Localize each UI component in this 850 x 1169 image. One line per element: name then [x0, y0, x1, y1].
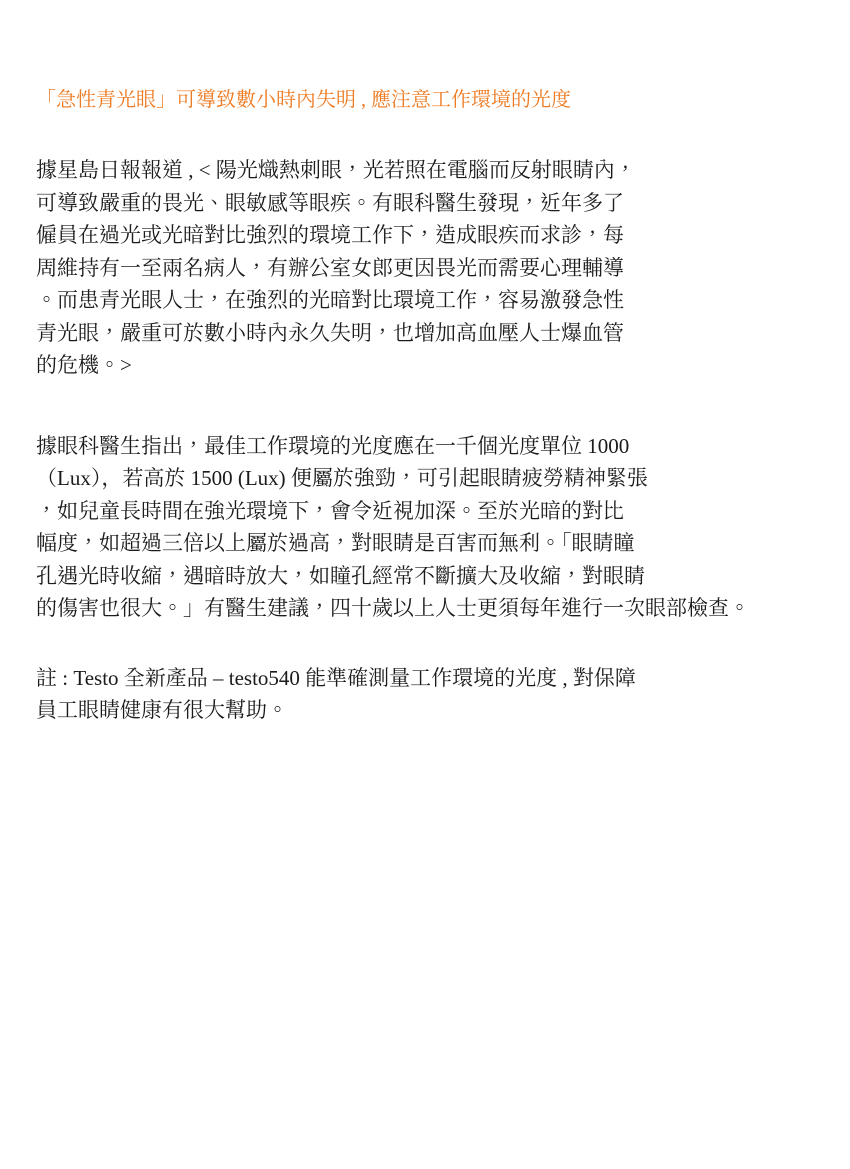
paragraph-doctor-advice: 據眼科醫生指出，最佳工作環境的光度應在一千個光度單位 1000 （Lux），若高… [36, 430, 810, 625]
text-line: 的危機。> [36, 349, 810, 382]
text-line: 周維持有一至兩名病人，有辦公室女郎更因畏光而需要心理輔導 [36, 252, 810, 285]
text-line: 。而患青光眼人士，在強烈的光暗對比環境工作，容易激發急性 [36, 284, 810, 317]
text-line: 青光眼，嚴重可於數小時內永久失明，也增加高血壓人士爆血管 [36, 317, 810, 350]
article-title: 「急性青光眼」可導致數小時內失明 , 應注意工作環境的光度 [36, 84, 810, 116]
document-page: 「急性青光眼」可導致數小時內失明 , 應注意工作環境的光度 據星島日報報道 , … [0, 0, 850, 1169]
text-line: 幅度，如超過三倍以上屬於過高，對眼睛是百害而無利。「眼睛瞳 [36, 527, 810, 560]
paragraph-product-note: 註 : Testo 全新產品 – testo540 能準確測量工作環境的光度 ,… [36, 662, 810, 727]
text-line: 據星島日報報道 , < 陽光熾熱刺眼，光若照在電腦而反射眼睛內， [36, 154, 810, 187]
text-line: 孔遇光時收縮，遇暗時放大，如瞳孔經常不斷擴大及收縮，對眼睛 [36, 560, 810, 593]
text-line: 僱員在過光或光暗對比強烈的環境工作下，造成眼疾而求診，每 [36, 219, 810, 252]
text-line: ，如兒童長時間在強光環境下，會令近視加深。至於光暗的對比 [36, 495, 810, 528]
text-line: 的傷害也很大。」有醫生建議，四十歲以上人士更須每年進行一次眼部檢查。 [36, 592, 810, 625]
paragraph-news-report: 據星島日報報道 , < 陽光熾熱刺眼，光若照在電腦而反射眼睛內， 可導致嚴重的畏… [36, 154, 810, 382]
text-line: 據眼科醫生指出，最佳工作環境的光度應在一千個光度單位 1000 [36, 430, 810, 463]
text-line: 可導致嚴重的畏光、眼敏感等眼疾。有眼科醫生發現，近年多了 [36, 187, 810, 220]
text-line: 註 : Testo 全新產品 – testo540 能準確測量工作環境的光度 ,… [36, 662, 810, 695]
text-line: 員工眼睛健康有很大幫助。 [36, 694, 810, 727]
text-line: （Lux），若高於 1500 (Lux) 便屬於強勁，可引起眼睛疲勞精神緊張 [36, 462, 810, 495]
